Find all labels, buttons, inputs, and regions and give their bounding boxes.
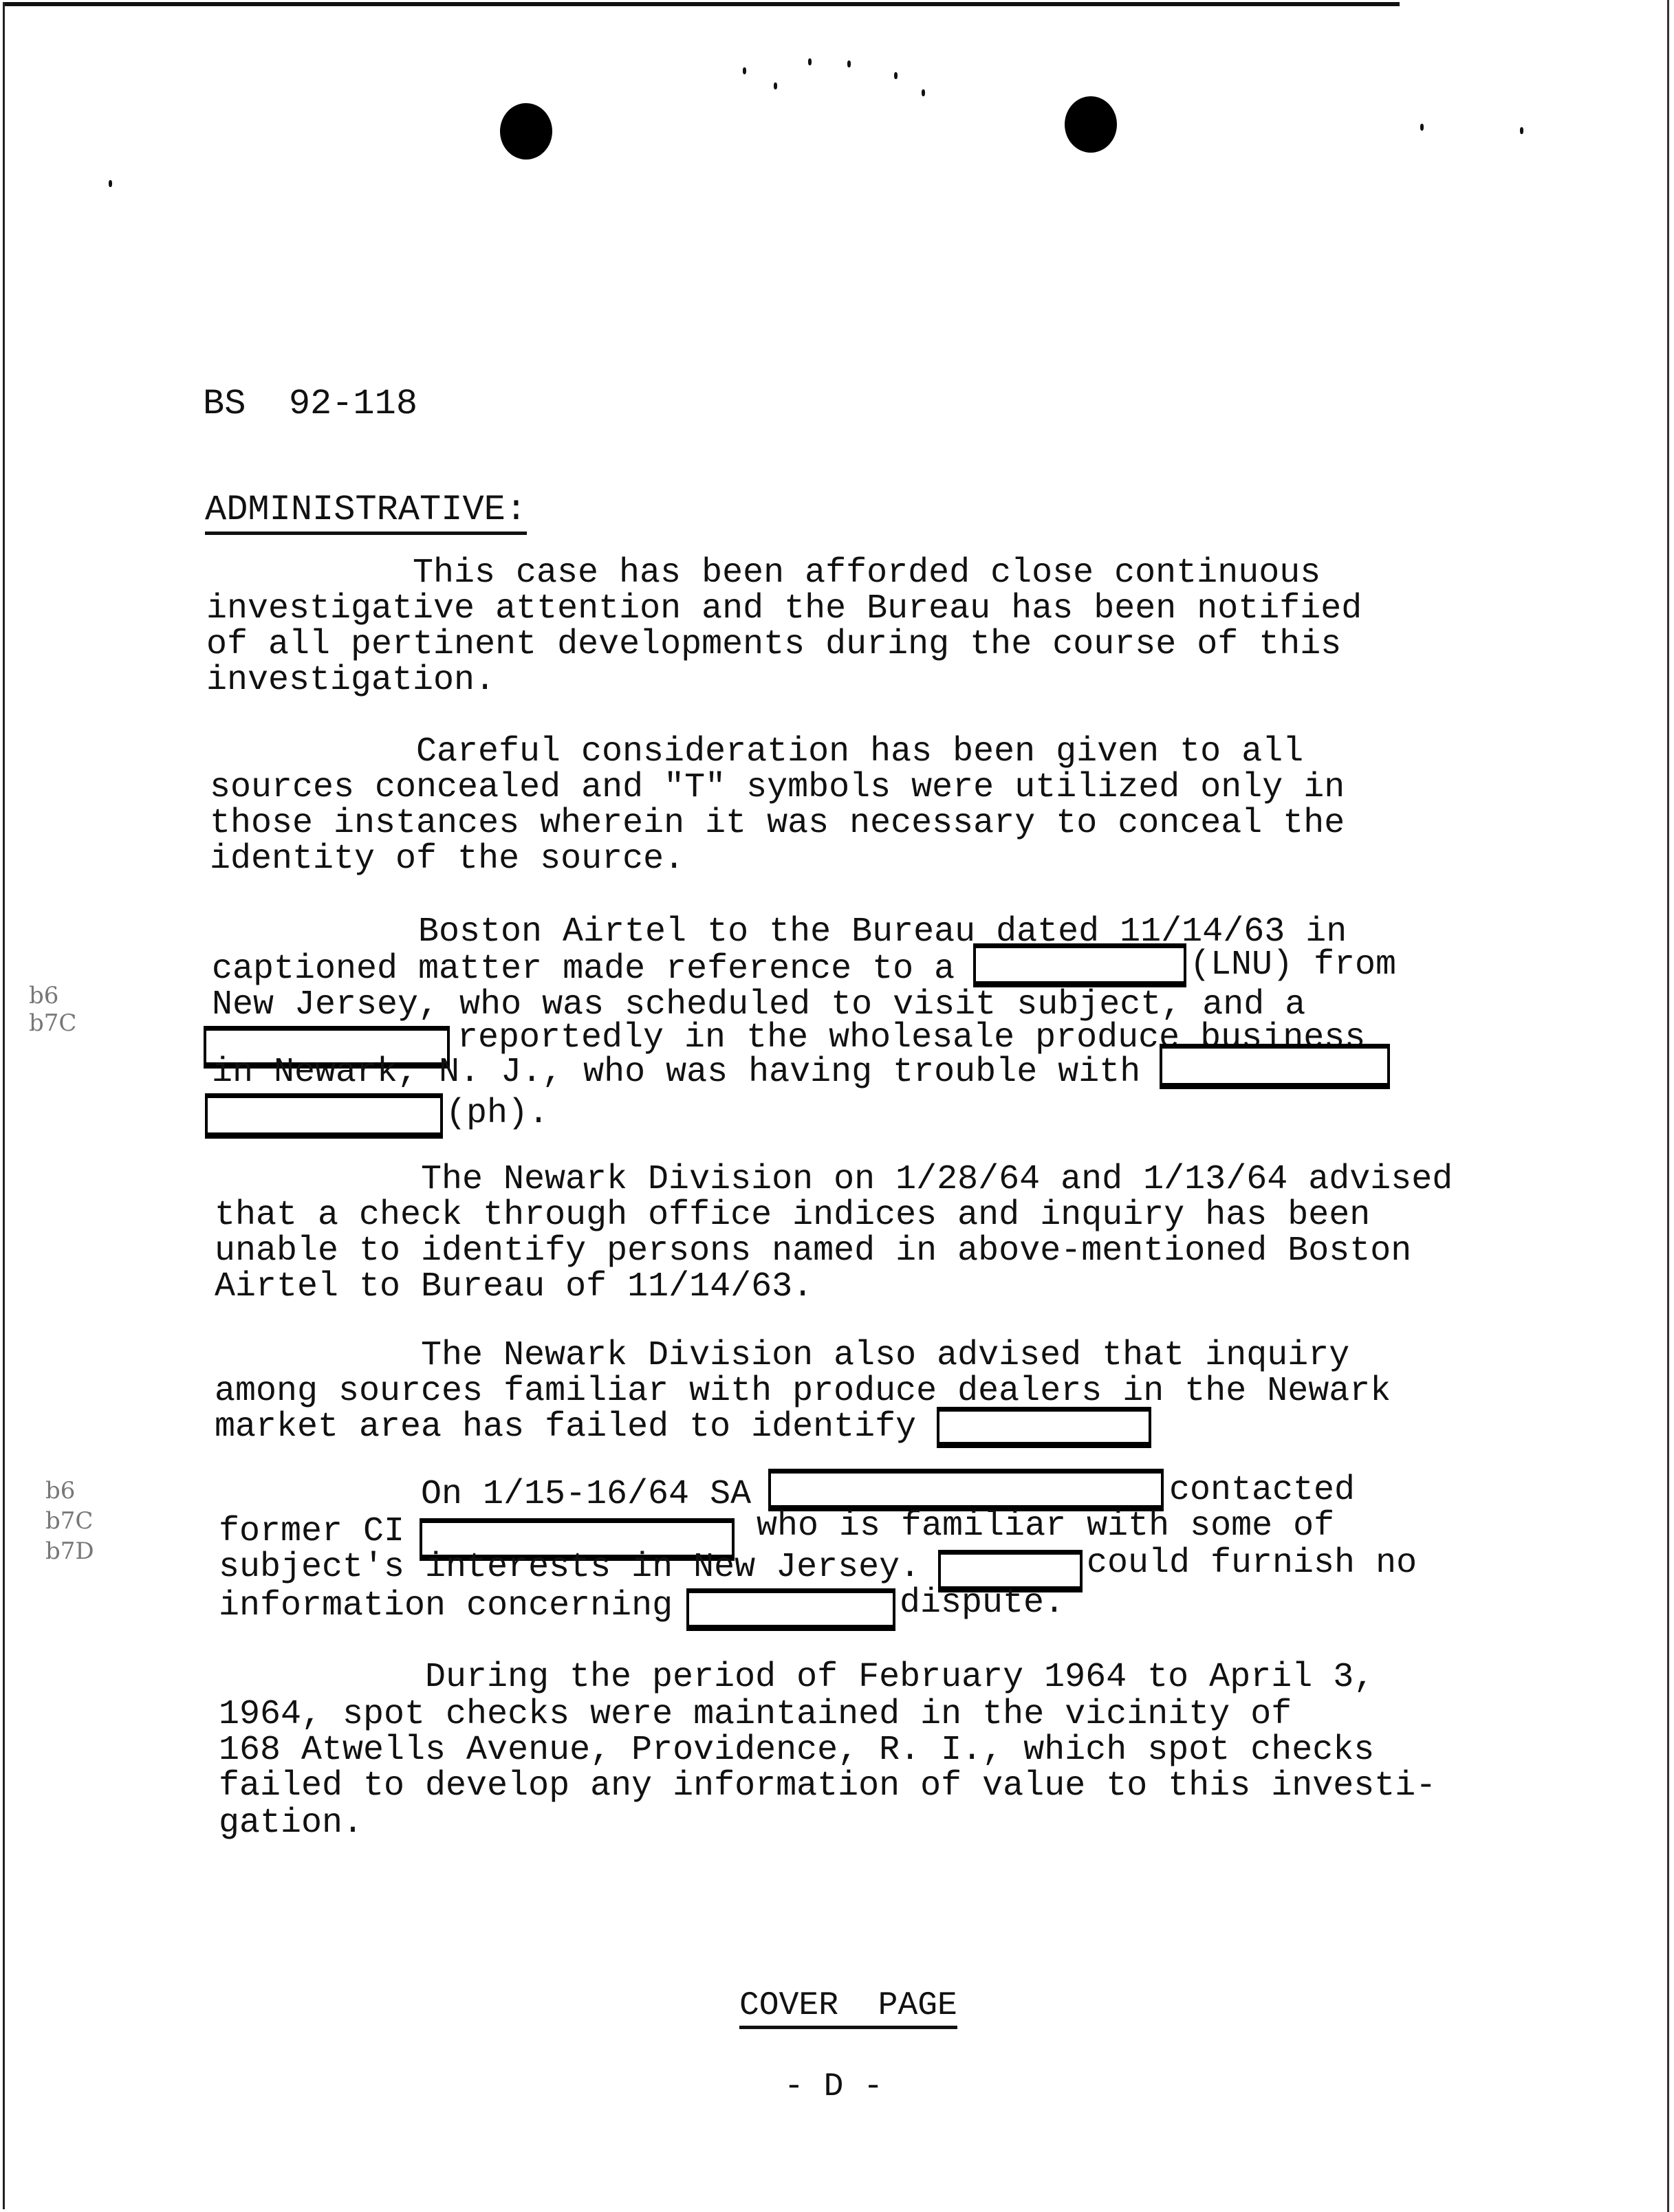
para1-line2: investigative attention and the Bureau h…	[206, 591, 1362, 627]
redaction-box	[768, 1469, 1164, 1511]
scan-border-top	[3, 2, 1400, 6]
scan-border-left	[3, 2, 5, 2209]
para6-line1: On 1/15-16/64 SA	[421, 1477, 751, 1513]
scan-speck	[894, 72, 898, 79]
para1-line4: investigation.	[206, 663, 495, 699]
margin-exemption-b6: b6	[29, 982, 58, 1009]
para7-line2: 1964, spot checks were maintained in the…	[219, 1697, 1292, 1733]
para6-line3: subject's interests in New Jersey.	[219, 1550, 920, 1586]
margin-exemption-b7d: b7D	[45, 1537, 94, 1565]
redaction-box	[686, 1588, 895, 1631]
para7-line4: failed to develop any information of val…	[219, 1768, 1436, 1804]
para3-line5: in Newark, N. J., who was having trouble…	[212, 1055, 1140, 1091]
para2-line1: Careful consideration has been given to …	[416, 734, 1303, 770]
para6-line4-tail: dispute.	[900, 1586, 1065, 1621]
para5-line2: among sources familiar with produce deal…	[215, 1374, 1391, 1410]
margin-exemption-b7c: b7C	[29, 1009, 76, 1037]
cover-page-title-text: COVER PAGE	[739, 1987, 957, 2029]
cover-page-title: COVER PAGE	[739, 1987, 957, 2024]
redaction-box	[205, 1093, 443, 1139]
para4-line4: Airtel to Bureau of 11/14/63.	[215, 1269, 813, 1305]
punch-hole-left	[500, 103, 552, 160]
redaction-box	[973, 943, 1186, 987]
scan-speck	[109, 180, 112, 187]
punch-hole-right	[1065, 96, 1117, 153]
redaction-box	[1160, 1044, 1390, 1089]
section-heading-text: ADMINISTRATIVE:	[205, 490, 527, 535]
para1-line1: This case has been afforded close contin…	[413, 556, 1320, 591]
scan-speck	[1520, 127, 1523, 134]
para6-line2: former CI	[219, 1514, 404, 1550]
scan-speck	[922, 89, 925, 96]
para6-line3-tail: could furnish no	[1087, 1546, 1417, 1581]
margin-exemption-b6: b6	[45, 1477, 75, 1504]
para4-line1: The Newark Division on 1/28/64 and 1/13/…	[421, 1162, 1453, 1198]
para2-line2: sources concealed and "T" symbols were u…	[210, 770, 1345, 806]
para2-line3: those instances wherein it was necessary…	[210, 806, 1345, 842]
para3-line6: (ph).	[446, 1096, 549, 1132]
scan-speck	[808, 58, 812, 65]
scan-speck	[1420, 124, 1424, 131]
scan-speck	[847, 61, 851, 67]
para4-line3: unable to identify persons named in abov…	[215, 1234, 1411, 1269]
file-number: BS 92-118	[203, 386, 417, 422]
para1-line3: of all pertinent developments during the…	[206, 627, 1341, 663]
redaction-box	[937, 1407, 1151, 1448]
para6-line4: information concerning	[219, 1588, 673, 1624]
scan-speck	[743, 67, 746, 74]
para3-line2: captioned matter made reference to a	[212, 952, 955, 987]
para5-line3: market area has failed to identify	[215, 1410, 916, 1445]
para2-line4: identity of the source.	[210, 842, 684, 877]
para5-line1: The Newark Division also advised that in…	[421, 1338, 1349, 1374]
para4-line2: that a check through office indices and …	[215, 1198, 1370, 1234]
margin-exemption-b7c: b7C	[45, 1507, 93, 1535]
para7-line3: 168 Atwells Avenue, Providence, R. I., w…	[219, 1733, 1374, 1768]
para3-line2-tail: (LNU) from	[1190, 948, 1396, 983]
para6-line1-tail: contacted	[1169, 1473, 1355, 1509]
page-marker: - D -	[784, 2068, 883, 2105]
para6-line2-tail: who is familiar with some of	[757, 1509, 1334, 1544]
scan-border-right	[1667, 0, 1669, 2212]
scan-speck	[774, 83, 777, 89]
para7-line1: During the period of February 1964 to Ap…	[425, 1660, 1374, 1696]
para7-line5: gation.	[219, 1806, 363, 1841]
section-heading: ADMINISTRATIVE:	[205, 492, 527, 528]
